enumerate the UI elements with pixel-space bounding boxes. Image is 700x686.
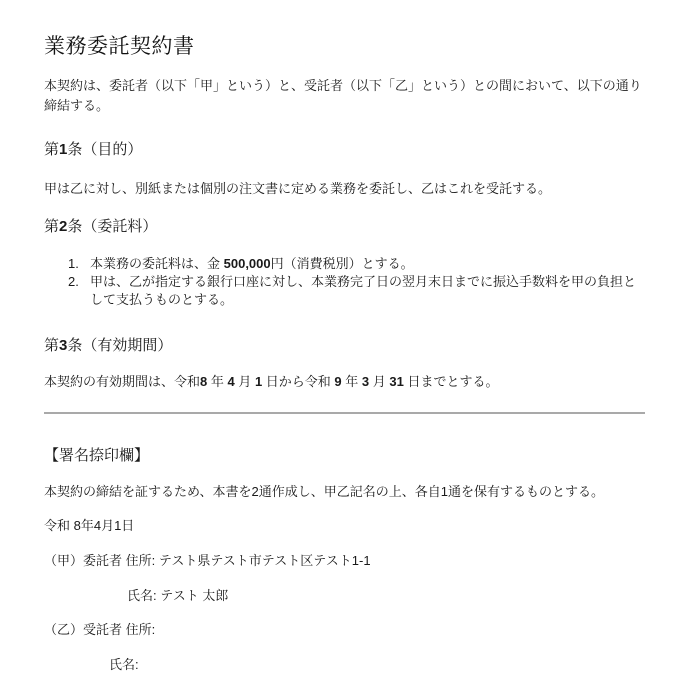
article-title: 条（委託料） [67,218,157,235]
party-a-name: 氏名: テスト 太郎 [127,586,228,606]
term-text: 月 [235,374,255,389]
list-item: 1.本業務の委託料は、金 500,000円（消費税別）とする。 [44,255,644,273]
article-2-list: 1.本業務の委託料は、金 500,000円（消費税別）とする。 2.甲は、乙が指… [44,255,644,309]
signature-heading: 【署名捺印欄】 [44,444,149,465]
party-a-address: （甲）委託者 住所: テスト県テスト市テスト区テスト1-1 [44,551,650,571]
term-value: 31 [389,374,403,389]
article-prefix: 第 [44,337,59,354]
term-text: 年 [207,374,227,389]
fee-amount: 500,000 [224,256,271,271]
term-value: 9 [334,374,341,389]
term-value: 4 [227,374,234,389]
article-3-body: 本契約の有効期間は、令和8 年 4 月 1 日から令和 9 年 3 月 31 日… [44,372,650,392]
article-1-heading: 第1条（目的） [44,138,142,159]
contract-date: 令和 8年4月1日 [44,516,650,536]
article-1-body: 甲は乙に対し、別紙または個別の注文書に定める業務を委託し、乙はこれを受託する。 [44,179,650,199]
party-b-name: 氏名: [109,655,139,675]
article-title: 条（有効期間） [67,337,172,354]
party-b-address: （乙）受託者 住所: [44,620,650,640]
fee-text-after: 円（消費税別）とする。 [271,256,414,271]
payment-terms-text: 甲は、乙が指定する銀行口座に対し、本業務完了日の翌月末日までに振込手数料を甲の負… [90,274,636,307]
article-2-heading: 第2条（委託料） [44,215,157,236]
intro-paragraph: 本契約は、委託者（以下「甲」という）と、受託者（以下「乙」という）との間において… [44,76,650,116]
article-prefix: 第 [44,141,59,158]
term-text: 本契約の有効期間は、令和 [44,374,200,389]
article-title: 条（目的） [67,141,142,158]
term-text: 年 [342,374,362,389]
list-item: 2.甲は、乙が指定する銀行口座に対し、本業務完了日の翌月末日までに振込手数料を甲… [44,273,644,309]
list-marker: 2. [68,273,79,291]
document-title: 業務委託契約書 [44,30,195,60]
signature-statement: 本契約の締結を証するため、本書を2通作成し、甲乙記名の上、各自1通を保有するもの… [44,482,650,502]
fee-text-before: 本業務の委託料は、金 [90,256,224,271]
term-text: 月 [369,374,389,389]
article-prefix: 第 [44,218,59,235]
term-text: 日から令和 [262,374,334,389]
article-3-heading: 第3条（有効期間） [44,334,172,355]
section-divider [44,412,645,414]
list-marker: 1. [68,255,79,273]
term-text: 日までとする。 [404,374,499,389]
